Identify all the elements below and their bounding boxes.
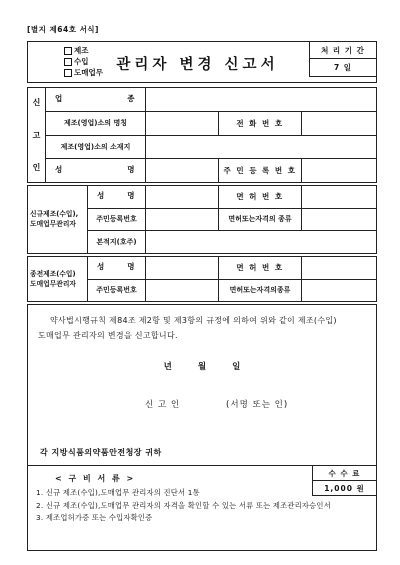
form-title: 관리자 변경 신고서 — [28, 53, 309, 74]
attachment-item: 2. 신규 제조(수입),도매업무 관리자의 자격을 확인할 수 있는 서류 또… — [36, 500, 334, 513]
new-manager-name-label: 성 명 — [88, 186, 145, 208]
side-char: 신 — [33, 97, 41, 108]
new-manager-license-no-label: 면 허 번 호 — [219, 186, 301, 208]
date-line: 년 월 일 — [28, 360, 376, 372]
declaration-statement: 약사법시행규칙 제84조 제2항 및 제3항의 규정에 의하여 위와 같이 제조… — [28, 305, 376, 343]
former-manager-license-no-label: 면 허 번 호 — [219, 257, 301, 279]
phone-label: 전 화 번 호 — [219, 112, 301, 135]
office-name-label: 제조(영업)소의 명칭 — [46, 112, 145, 135]
declaration-box: 약사법시행규칙 제84조 제2항 및 제3항의 규정에 의하여 위와 같이 제조… — [27, 304, 377, 465]
new-manager-domicile-label: 본적지(호주) — [88, 231, 145, 253]
fee-box: 수 수 료 1,000 원 — [312, 466, 376, 496]
signature-note: (서명 또는 인) — [226, 398, 288, 410]
new-manager-resident-no-input[interactable] — [146, 209, 218, 231]
day-label: 일 — [232, 360, 240, 372]
form-sheet: [별지 제64호 서식] 제조 수입 도매업무 관리자 변경 신고서 처 — [0, 0, 400, 565]
applicant-name-input[interactable] — [146, 159, 218, 182]
form-reference: [별지 제64호 서식] — [27, 24, 377, 35]
attachments-box: 수 수 료 1,000 원 < 구 비 서 류 > 1. 신규 제조(수입),도… — [27, 465, 377, 551]
fee-label: 수 수 료 — [313, 466, 376, 481]
processing-period-value: 7 일 — [310, 59, 376, 75]
office-address-label: 제조(영업)소의 소재지 — [46, 136, 145, 159]
office-name-input[interactable] — [146, 112, 218, 135]
phone-input[interactable] — [302, 112, 376, 135]
resident-no-label: 주 민 등 록 번 호 — [219, 159, 301, 182]
new-manager-resident-no-label: 주민등록번호 — [88, 209, 145, 231]
applicant-table: 신 고 인 업 종 제조(영업)소의 명칭 전 화 번 호 제조(영업)소의 소… — [27, 87, 377, 183]
side-char: 고 — [33, 130, 41, 141]
attachments-list: 1. 신규 제조(수입),도매업무 관리자의 진단서 1통 2. 신규 제조(수… — [36, 487, 334, 525]
section-line: 종전제조(수입) — [30, 269, 87, 279]
former-manager-name-input[interactable] — [146, 257, 218, 279]
former-manager-section-label: 종전제조(수입) 도매업무관리자 — [28, 257, 87, 301]
new-manager-license-type-input[interactable] — [302, 209, 376, 231]
year-label: 년 — [164, 360, 172, 372]
signer-label: 신 고 인 — [145, 398, 180, 410]
former-manager-name-label: 성 명 — [88, 257, 145, 279]
business-type-input[interactable] — [146, 88, 376, 111]
fee-value: 1,000 원 — [313, 481, 376, 495]
applicant-name-label: 성 명 — [46, 159, 145, 182]
former-manager-license-type-input[interactable] — [302, 280, 376, 302]
section-line: 도매업무관리자 — [30, 279, 87, 289]
section-line: 신규제조(수입), — [30, 209, 87, 219]
new-manager-section-label: 신규제조(수입), 도매업무관리자 — [28, 186, 87, 253]
former-manager-license-type-label: 면허또는자격의종류 — [219, 280, 301, 302]
new-manager-table: 신규제조(수입), 도매업무관리자 성 명 면 허 번 호 주민등록번호 면허또… — [27, 185, 377, 254]
new-manager-name-input[interactable] — [146, 186, 218, 208]
applicant-side-label: 신 고 인 — [28, 88, 45, 182]
month-label: 월 — [198, 360, 206, 372]
section-line: 도매업무관리자 — [30, 219, 87, 229]
processing-period-box: 처 리 기 간 7 일 — [309, 42, 376, 77]
business-type-label: 업 종 — [46, 88, 145, 111]
former-manager-table: 종전제조(수입) 도매업무관리자 성 명 면 허 번 호 주민등록번호 면허또는… — [27, 256, 377, 302]
former-manager-license-no-input[interactable] — [302, 257, 376, 279]
resident-no-input[interactable] — [302, 159, 376, 182]
recipient-line: 각 지방식품의약품안전청장 귀하 — [40, 447, 162, 458]
attachment-item: 1. 신규 제조(수입),도매업무 관리자의 진단서 1통 — [36, 487, 334, 500]
signature-line: 신 고 인 (서명 또는 인) — [145, 398, 288, 410]
office-address-input[interactable] — [146, 136, 376, 159]
new-manager-license-type-label: 면허또는자격의 종류 — [219, 209, 301, 231]
new-manager-domicile-input[interactable] — [146, 231, 376, 253]
former-manager-resident-no-input[interactable] — [146, 280, 218, 302]
new-manager-license-no-input[interactable] — [302, 186, 376, 208]
processing-period-label: 처 리 기 간 — [310, 42, 376, 59]
side-char: 인 — [33, 162, 41, 173]
form-header: 제조 수입 도매업무 관리자 변경 신고서 처 리 기 간 7 일 — [27, 41, 377, 83]
former-manager-resident-no-label: 주민등록번호 — [88, 280, 145, 302]
attachment-item: 3. 제조업허가증 또는 수입자확인증 — [36, 512, 334, 525]
